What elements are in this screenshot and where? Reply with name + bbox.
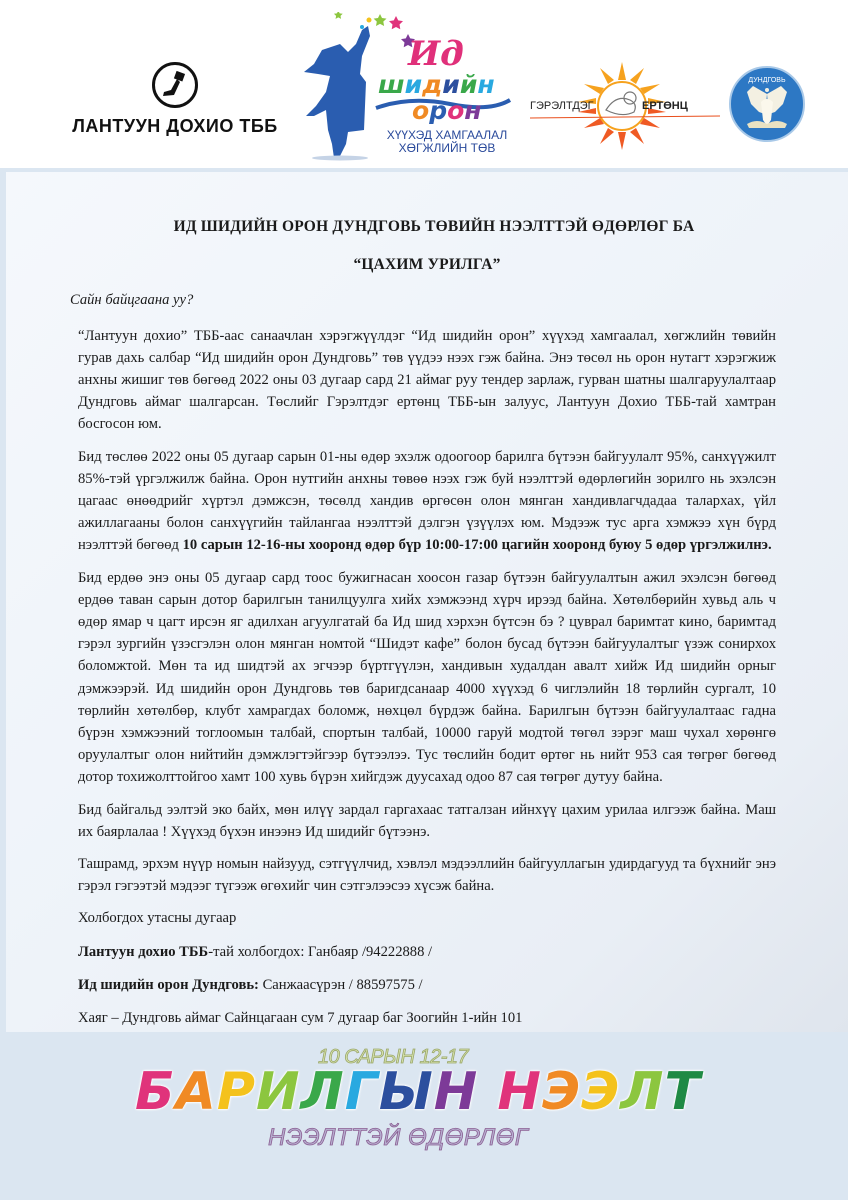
banner-title-letter: Э (581, 1062, 620, 1122)
banner-title-letter: Г (345, 1062, 379, 1122)
banner-title: БАРИЛГЫН НЭЭЛТ (135, 1062, 701, 1122)
paragraph-share-request: Ташрамд, эрхэм нүүр номын найзууд, сэтгү… (78, 853, 776, 897)
dundgovi-emblem: ДУНДГОВЬ (729, 66, 805, 142)
banner-title-letter: Б (135, 1062, 176, 1122)
letter-body: ИД ШИДИЙН ОРОН ДУНДГОВЬ ТӨВИЙН НЭЭЛТТЭЙ … (78, 216, 776, 1029)
id-shidiin-oron-logo: Ид шидийн орон ХҮҮХЭД ХАМГААЛАЛ ХӨГЖЛИЙН… (300, 12, 515, 162)
banner-title-letter: Л (620, 1062, 664, 1122)
banner-title-letter: И (256, 1062, 301, 1122)
lantuun-logo-text: ЛАНТУУН ДОХИО ТББ (70, 116, 280, 137)
invitation-letter: ИД ШИДИЙН ОРОН ДУНДГОВЬ ТӨВИЙН НЭЭЛТТЭЙ … (6, 172, 848, 1032)
ertonc-text: ЕРТӨНЦ (642, 100, 688, 112)
lantuun-dokhio-logo: ЛАНТУУН ДОХИО ТББ (70, 62, 280, 137)
event-banner: 10 САРЫН 12-17 БАРИЛГЫН НЭЭЛТ НЭЭЛТТЭЙ Ө… (0, 1034, 848, 1200)
banner-title-letter: Л (301, 1062, 345, 1122)
gereltdeg-ertonc-logo: ГЭРЭЛТДЭГ ЕРТӨНЦ (530, 60, 730, 150)
paragraph-progress: Бид төслөө 2022 оны 05 дугаар сарын 01-н… (78, 446, 776, 557)
letter-title-line-2: “ЦАХИМ УРИЛГА” (78, 254, 776, 276)
id-logo-word-2: шидийн (378, 70, 495, 99)
contacts-heading: Холбогдох утасны дугаар (78, 907, 776, 929)
letter-title-line-1: ИД ШИДИЙН ОРОН ДУНДГОВЬ ТӨВИЙН НЭЭЛТТЭЙ … (92, 216, 776, 238)
event-schedule: 10 сарын 12-16-ны хооронд өдөр бүр 10:00… (183, 537, 772, 553)
paragraph-intro: “Лантуун дохио” ТББ-аас санаачлан хэрэгж… (78, 325, 776, 436)
paragraph-details: Бид ердөө энэ оны 05 дугаар сард тоос бу… (78, 567, 776, 789)
banner-title-letter: Э (542, 1062, 581, 1122)
banner-title-letter: Ы (379, 1062, 434, 1122)
contact-lantuun: Лантуун дохио ТББ-тай холбогдох: Ганбаяр… (78, 941, 776, 963)
greeting: Сайн байцгаана уу? (70, 289, 776, 311)
id-logo-subtitle: ХҮҮХЭД ХАМГААЛАЛ ХӨГЖЛИЙН ТӨВ (382, 129, 512, 155)
contact-id-shidiin-oron: Ид шидийн орон Дундговь: Санжаасүрэн / 8… (78, 974, 776, 996)
banner-title-letter: Н (497, 1062, 542, 1122)
winged-horse-icon (731, 68, 803, 140)
id-logo-word-3: орон (412, 96, 482, 125)
address: Хаяг – Дундговь аймаг Сайнцагаан сум 7 д… (78, 1007, 776, 1029)
gereltdeg-text: ГЭРЭЛТДЭГ (530, 100, 594, 112)
banner-subtitle: НЭЭЛТТЭЙ ӨДӨРЛӨГ (268, 1124, 528, 1152)
banner-title-letter: Т (665, 1062, 701, 1122)
id-logo-word-1: Ид (408, 34, 464, 74)
banner-title-letter (478, 1062, 497, 1122)
logo-header: ЛАНТУУН ДОХИО ТББ Ид шидийн орон ХҮҮХЭД … (0, 0, 848, 168)
hammer-icon (152, 62, 198, 108)
paragraph-eco: Бид байгальд ээлтэй эко байх, мөн илүү з… (78, 799, 776, 843)
banner-title-letter: А (176, 1062, 217, 1122)
banner-title-letter: Р (217, 1062, 256, 1122)
banner-title-letter: Н (434, 1062, 479, 1122)
